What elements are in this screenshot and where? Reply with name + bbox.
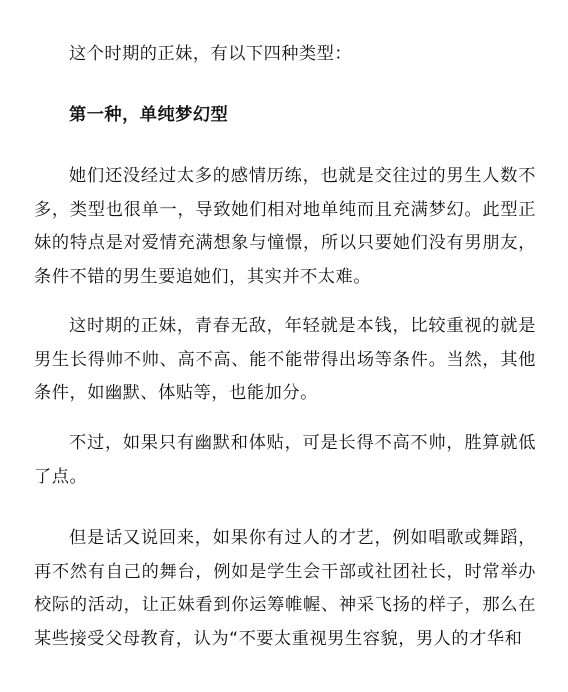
paragraph-2: 这时期的正妹，青春无敌，年轻就是本钱，比较重视的就是男生长得帅不帅、高不高、能不…	[34, 310, 536, 411]
section-heading: 第一种，单纯梦幻型	[69, 99, 568, 132]
paragraph-1: 她们还没经过太多的感情历练，也就是交往过的男生人数不多，类型也很单一，导致她们相…	[34, 160, 536, 294]
paragraph-3: 不过，如果只有幽默和体贴，可是长得不高不帅，胜算就低了点。	[34, 427, 536, 494]
document-page: 这个时期的正妹，有以下四种类型： 第一种，单纯梦幻型 她们还没经过太多的感情历练…	[0, 0, 568, 692]
paragraph-4: 但是话又说回来，如果你有过人的才艺，例如唱歌或舞蹈，再不然有自己的舞台，例如是学…	[34, 522, 536, 656]
intro-text: 这个时期的正妹，有以下四种类型：	[69, 38, 568, 71]
